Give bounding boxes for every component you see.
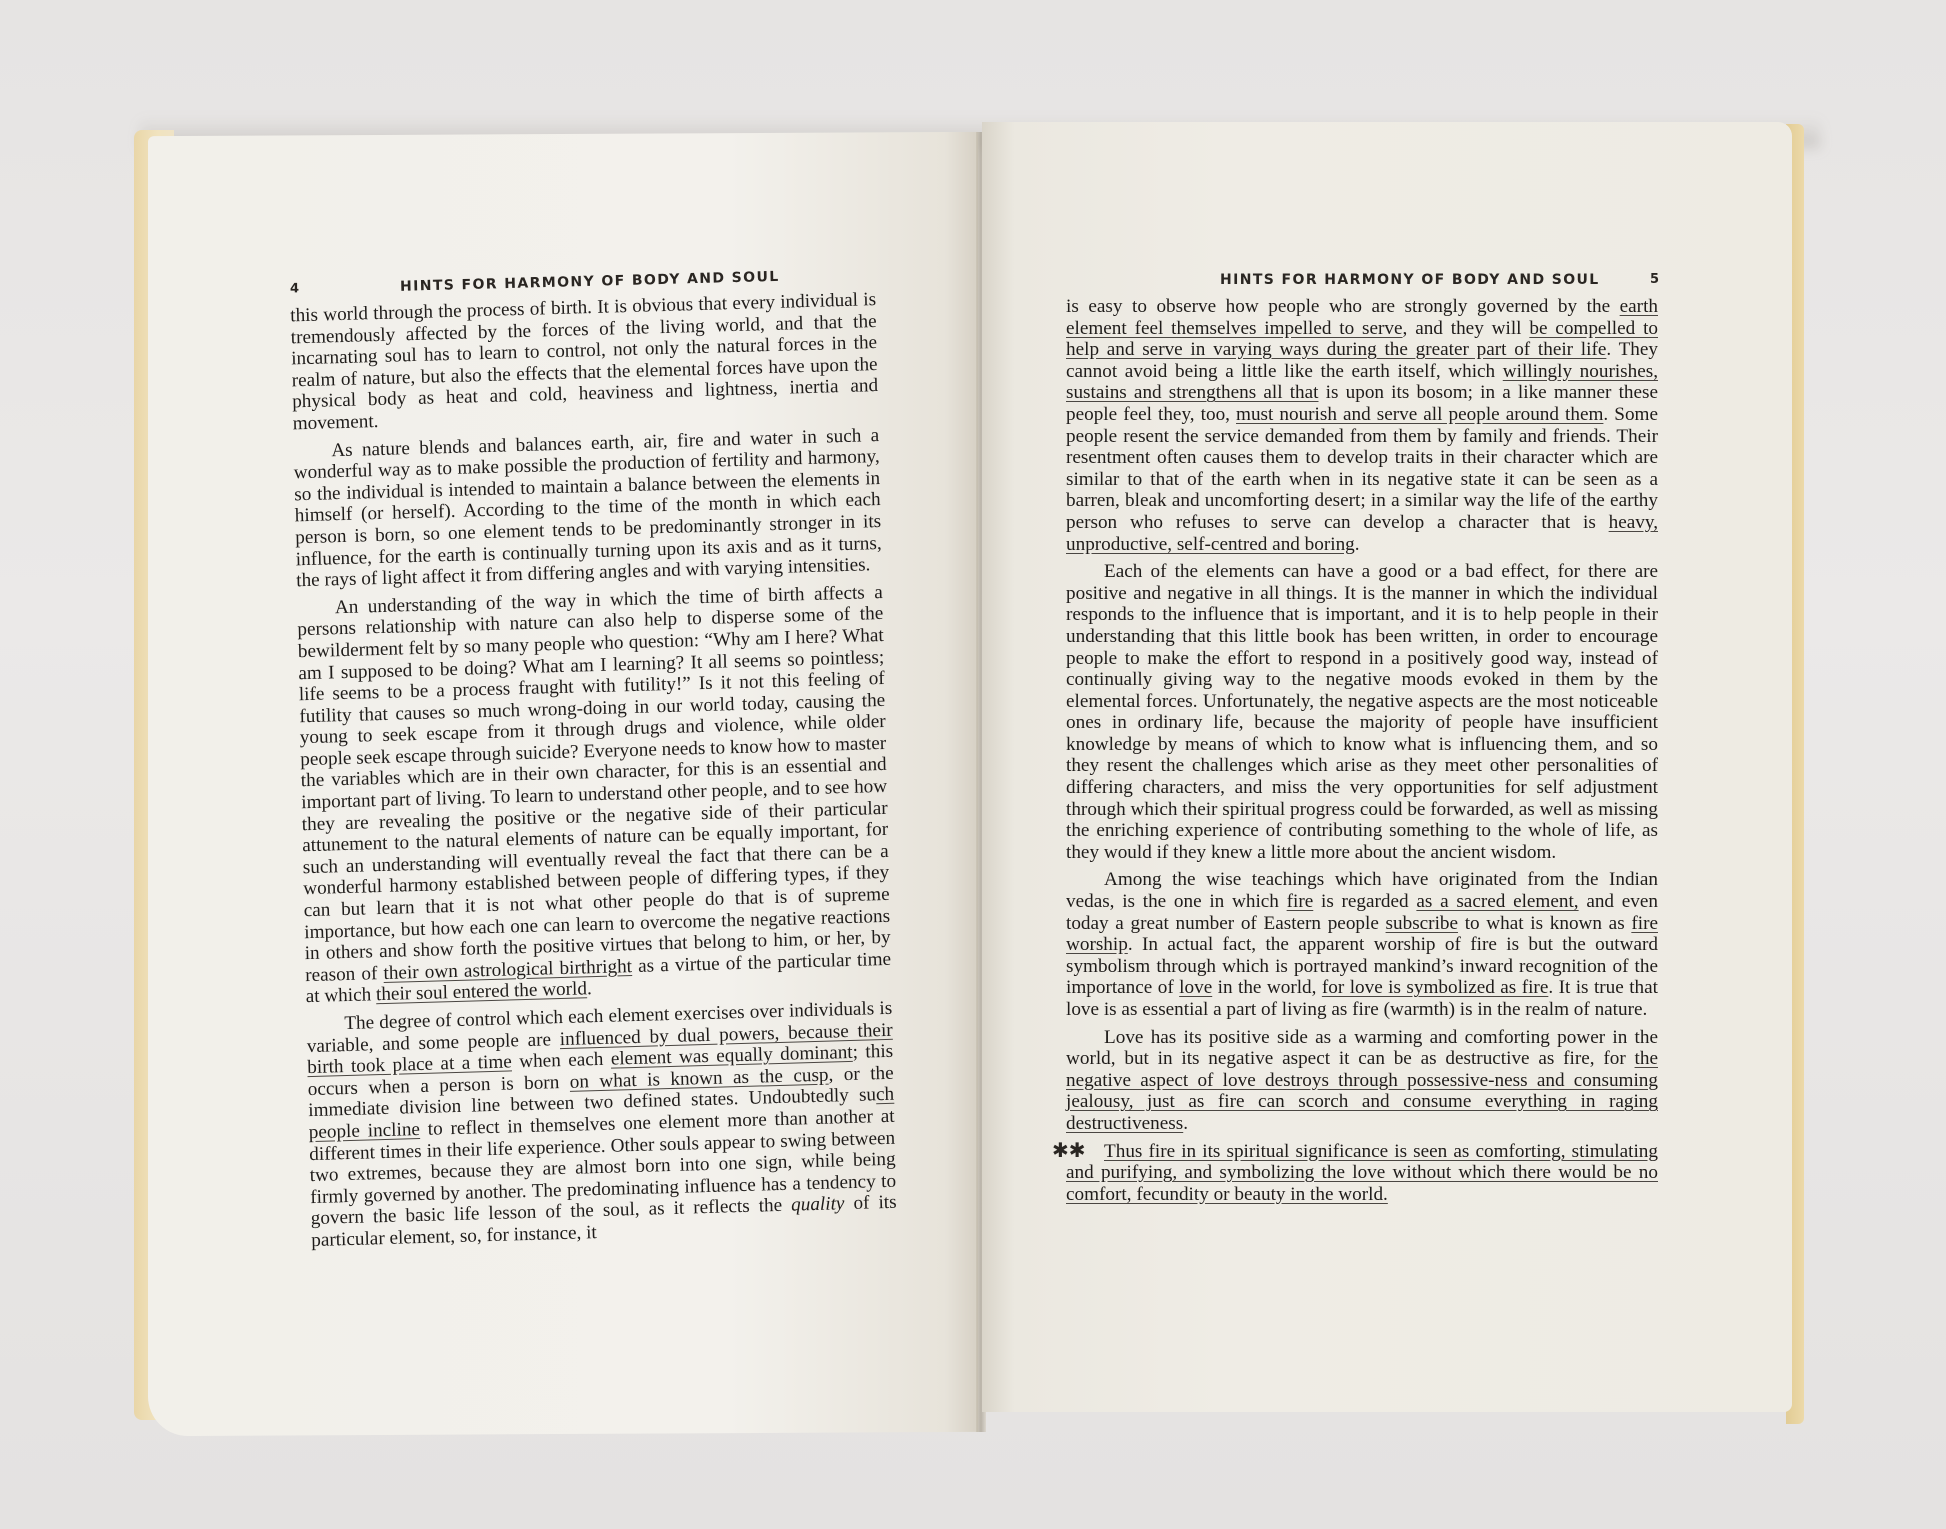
text-run: . [1355,534,1360,555]
right-page-number: 5 [1650,272,1659,287]
underlined-text: their soul entered the world [376,979,587,1006]
underlined-text: subscribe [1386,913,1458,934]
right-paragraph-2: Each of the elements can have a good or … [1066,561,1658,863]
text-run: is regarded [1313,891,1416,912]
left-paragraph-3: An understanding of the way in which the… [297,582,892,1008]
right-paragraph-1: is easy to observe how people who are st… [1066,296,1658,555]
underlined-text: Thus fire in its spiritual significance … [1066,1141,1658,1205]
italic-text: quality [791,1194,845,1216]
open-book: 4 HINTS FOR HARMONY OF BODY AND SOUL thi… [134,112,1814,1432]
right-paragraph-3: Among the wise teachings which have orig… [1066,869,1658,1020]
right-paragraph-4: Love has its positive side as a warming … [1066,1027,1658,1135]
text-run: is easy to observe how people who are st… [1066,296,1620,317]
text-run: . [1183,1113,1188,1134]
text-run: , and they will [1403,318,1530,339]
text-run: Love has its positive side as a warming … [1066,1027,1658,1070]
text-run: when each [512,1049,612,1073]
text-run: An understanding of the way in which the… [297,582,891,986]
underlined-text: must nourish and serve all people around… [1236,404,1603,425]
left-paragraph-4: The degree of control which each element… [306,998,897,1252]
text-run: . [587,979,592,1000]
underlined-text: love [1179,977,1212,998]
text-run: in the world, [1212,977,1322,998]
text-run: to what is known as [1458,913,1631,934]
left-page-body: this world through the process of birth.… [290,289,897,1258]
right-page: HINTS FOR HARMONY OF BODY AND SOUL 5 is … [982,122,1792,1412]
left-page: 4 HINTS FOR HARMONY OF BODY AND SOUL thi… [148,132,978,1436]
underlined-text: as a sacred element, [1416,891,1578,912]
left-running-head: HINTS FOR HARMONY OF BODY AND SOUL [400,269,780,295]
handwritten-asterisk-icon: ✱✱ [1014,1141,1086,1163]
underlined-text: fire [1287,891,1314,912]
left-paragraph-1: this world through the process of birth.… [290,289,879,435]
right-paragraph-5: ✱✱Thus fire in its spiritual significanc… [1066,1141,1658,1206]
right-page-body: is easy to observe how people who are st… [1066,296,1658,1211]
text-run: Each of the elements can have a good or … [1066,561,1658,863]
right-running-head: HINTS FOR HARMONY OF BODY AND SOUL [1220,272,1600,288]
left-page-number: 4 [290,281,299,296]
left-paragraph-2: As nature blends and balances earth, air… [293,425,882,592]
underlined-text: for love is symbolized as fire [1322,977,1548,998]
